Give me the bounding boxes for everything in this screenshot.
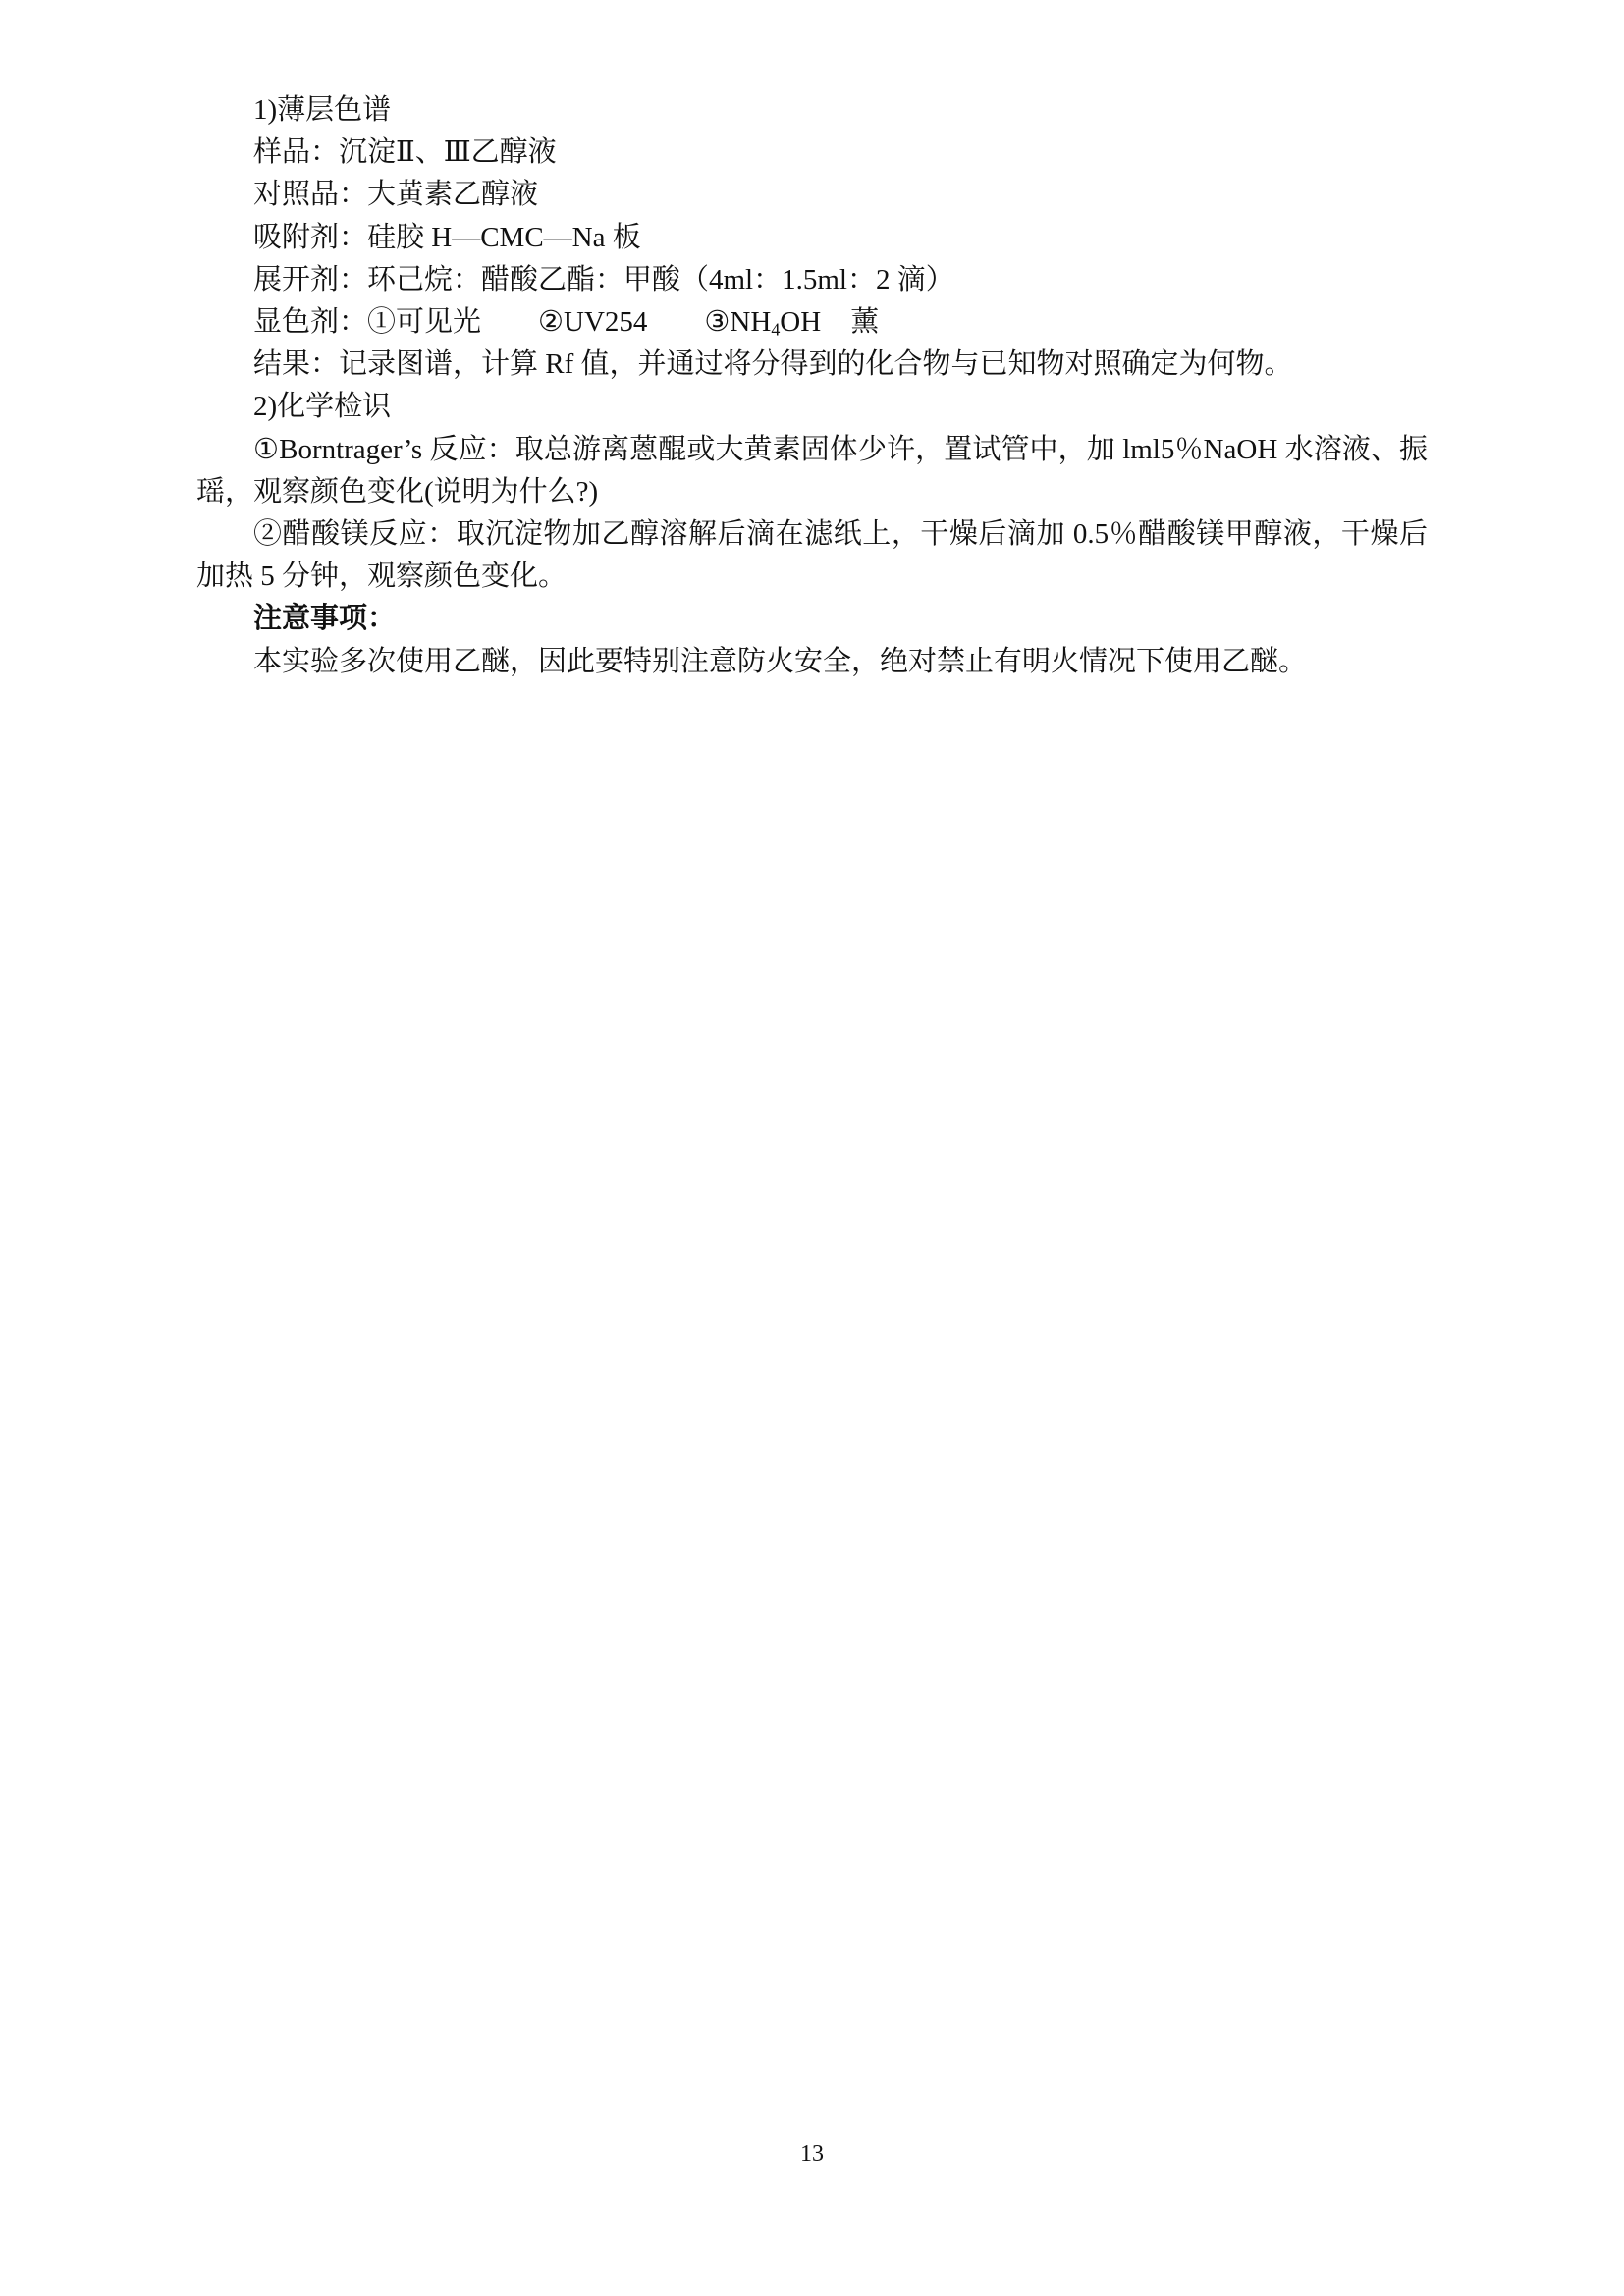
tlc-chromogenic: 显色剂：①可见光②UV254③NH4OH薰 — [196, 301, 1428, 344]
chromogenic-item-3-subscript: 4 — [771, 319, 780, 339]
chromogenic-item-3-prefix: ③NH — [704, 306, 771, 338]
chromogenic-item-3-suffix: OH — [780, 306, 821, 338]
notes-text: 本实验多次使用乙醚，因此要特别注意防火安全，绝对禁止有明火情况下使用乙醚。 — [196, 641, 1428, 683]
chromogenic-item-1: ①可见光 — [367, 306, 481, 338]
tlc-developer: 展开剂：环己烷：醋酸乙酯：甲酸（4ml：1.5ml：2 滴） — [196, 259, 1428, 301]
chromogenic-item-3: ③NH4OH — [704, 306, 821, 338]
page-number: 13 — [0, 2141, 1624, 2167]
document-page: 1)薄层色谱 样品：沉淀Ⅱ、Ⅲ乙醇液 对照品：大黄素乙醇液 吸附剂：硅胶 H—C… — [196, 89, 1428, 683]
tlc-heading: 1)薄层色谱 — [196, 89, 1428, 132]
chem-heading: 2)化学检识 — [196, 386, 1428, 428]
tlc-result: 结果：记录图谱，计算 Rf 值，并通过将分得到的化合物与已知物对照确定为何物。 — [196, 344, 1428, 386]
chromogenic-item-2: ②UV254 — [538, 306, 647, 338]
chromogenic-item-3-tail: 薰 — [850, 306, 879, 338]
notes-heading: 注意事项： — [196, 598, 1428, 640]
mg-acetate-paragraph: ②醋酸镁反应：取沉淀物加乙醇溶解后滴在滤纸上，干燥后滴加 0.5％醋酸镁甲醇液，… — [196, 513, 1428, 598]
chromogenic-label: 显色剂： — [253, 306, 367, 338]
tlc-sample: 样品：沉淀Ⅱ、Ⅲ乙醇液 — [196, 132, 1428, 174]
tlc-reference: 对照品：大黄素乙醇液 — [196, 174, 1428, 216]
borntrager-paragraph: ①Borntrager’s 反应：取总游离蒽醌或大黄素固体少许，置试管中，加 l… — [196, 429, 1428, 513]
tlc-adsorbent: 吸附剂：硅胶 H—CMC—Na 板 — [196, 217, 1428, 259]
